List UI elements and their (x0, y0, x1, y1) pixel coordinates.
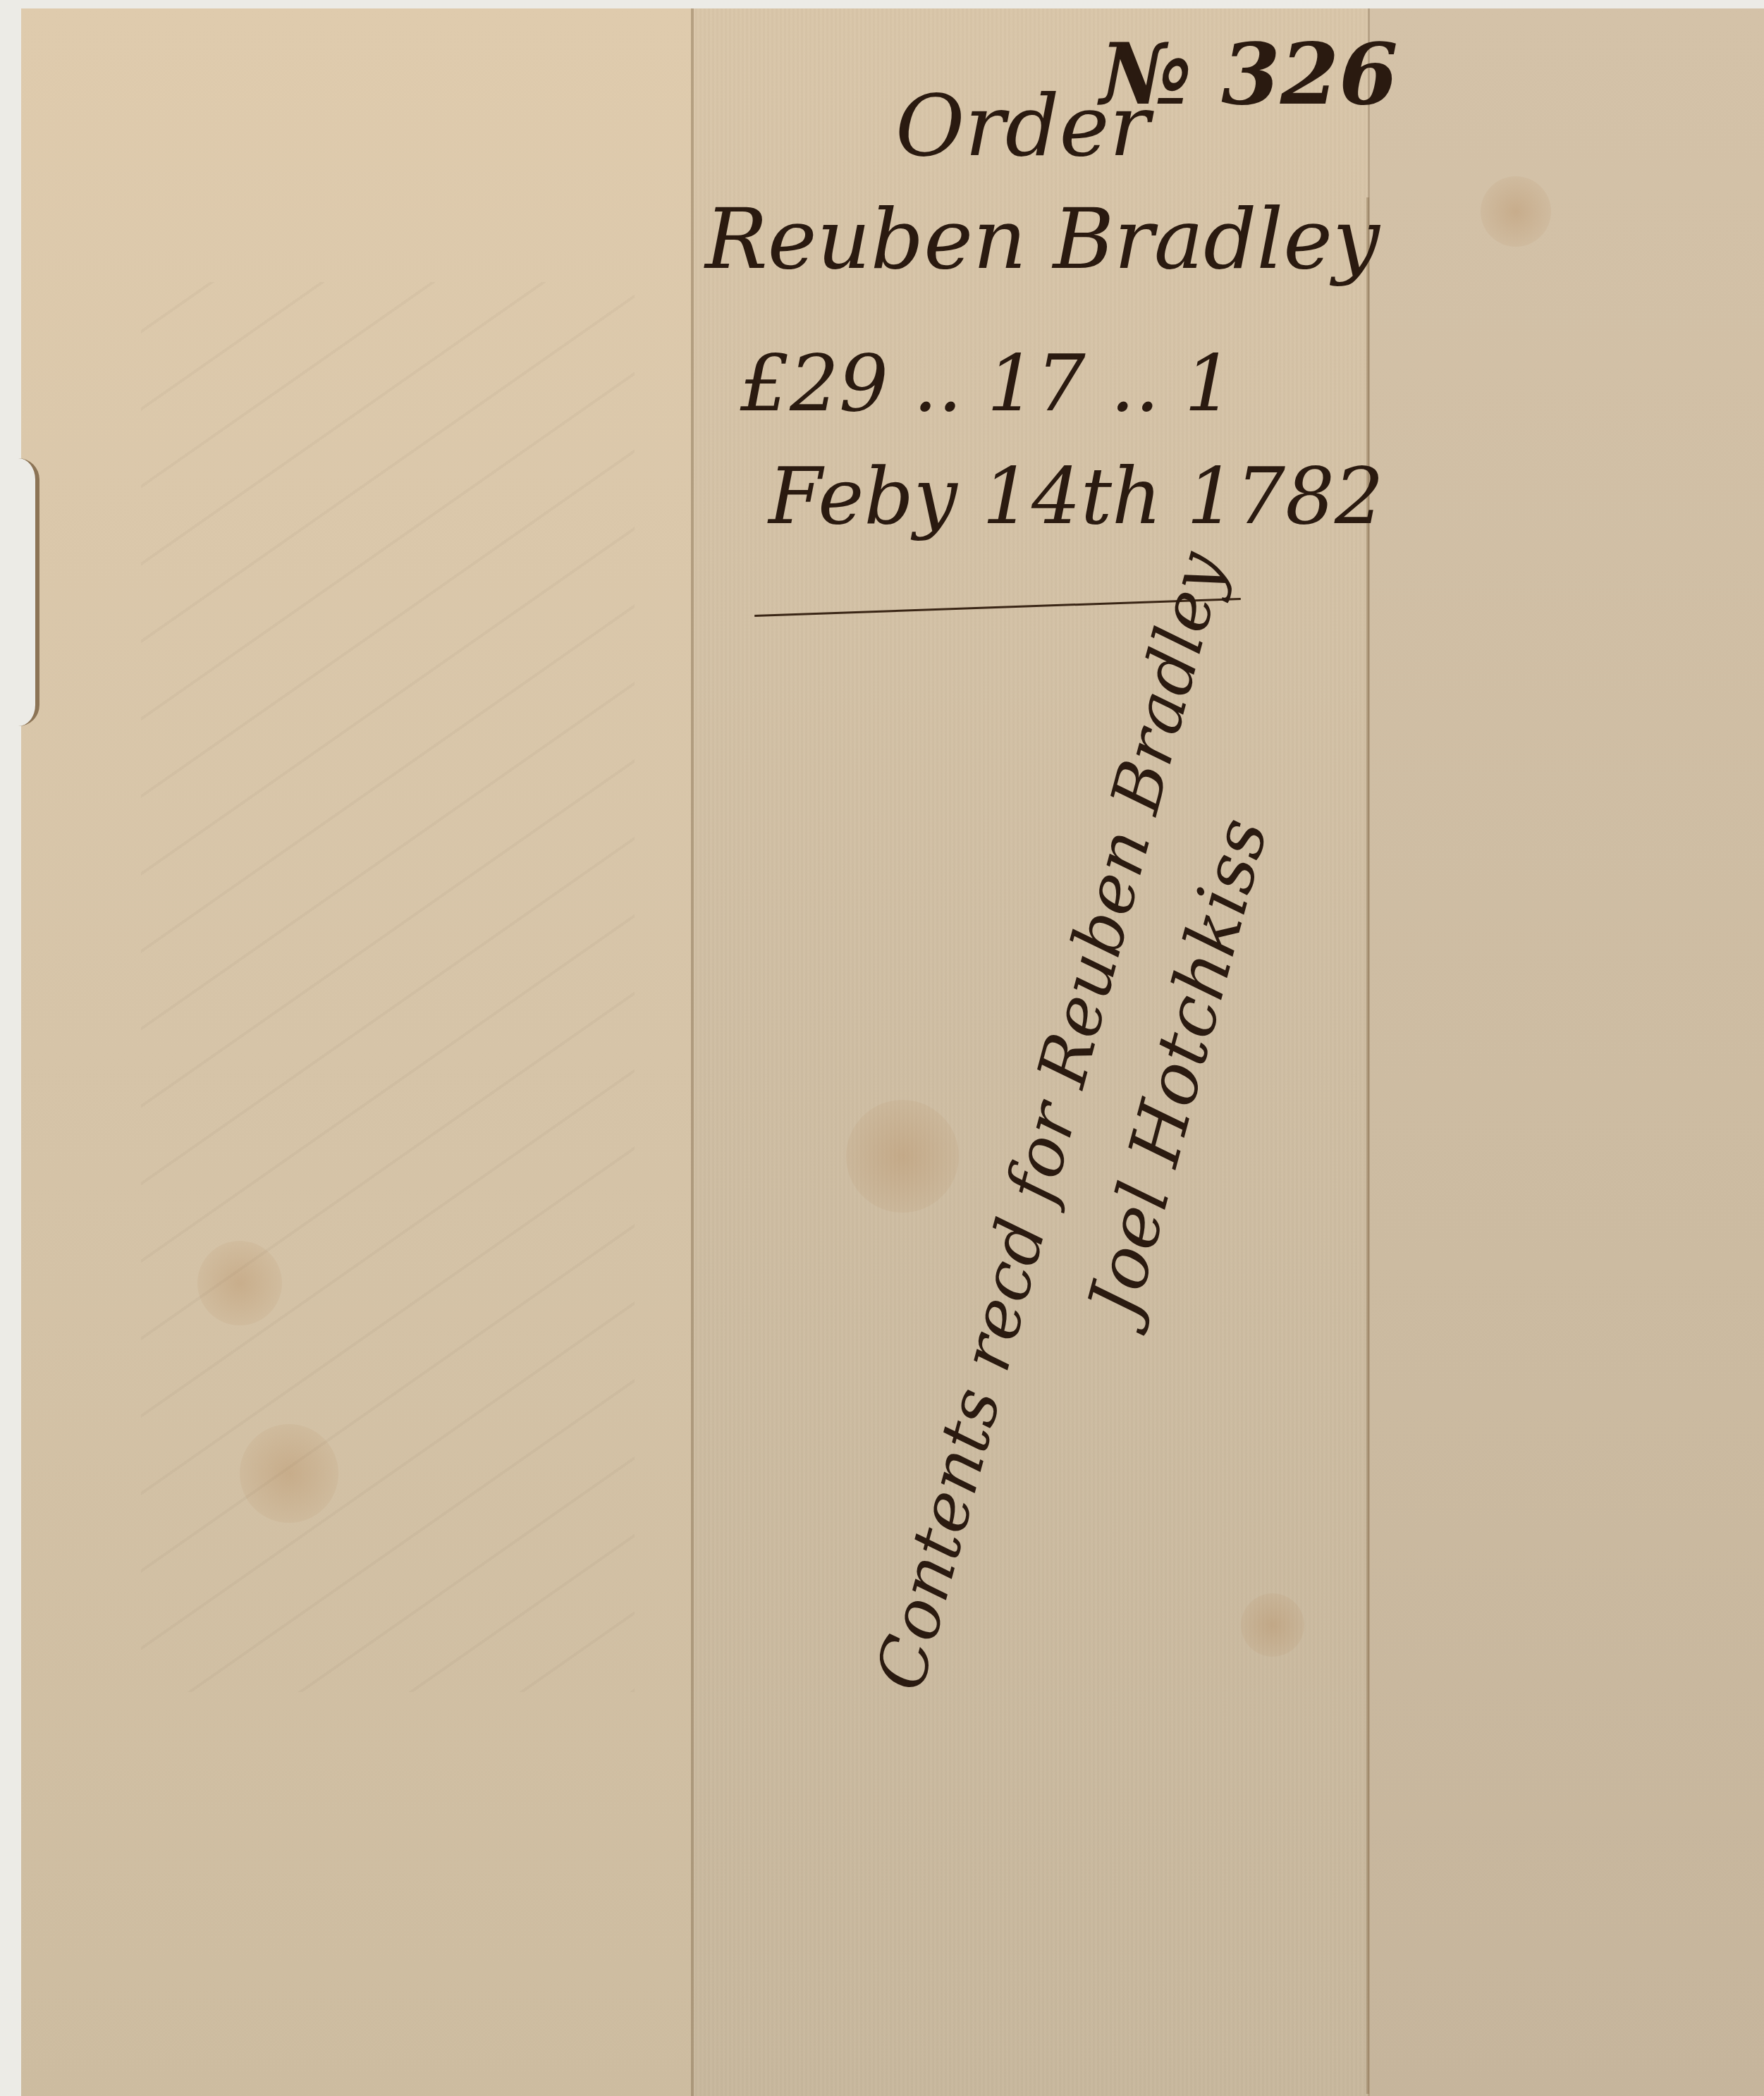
foxing-stain (1481, 176, 1551, 247)
amount: £29 .. 17 .. 1 (740, 338, 1234, 429)
torn-paper-edge (0, 458, 39, 726)
bleed-through-writing (141, 282, 635, 1692)
payee-name: Reuben Bradley (705, 190, 1380, 288)
foxing-stain (240, 1424, 338, 1523)
foxing-stain (1241, 1593, 1304, 1657)
foxing-stain (197, 1241, 282, 1325)
foxing-stain (846, 1100, 959, 1213)
docket-title: Order (895, 78, 1150, 176)
fold-crease-left (691, 8, 694, 2096)
date: Feby 14th 1782 (768, 451, 1384, 541)
right-fold-panel (1368, 8, 1764, 2096)
